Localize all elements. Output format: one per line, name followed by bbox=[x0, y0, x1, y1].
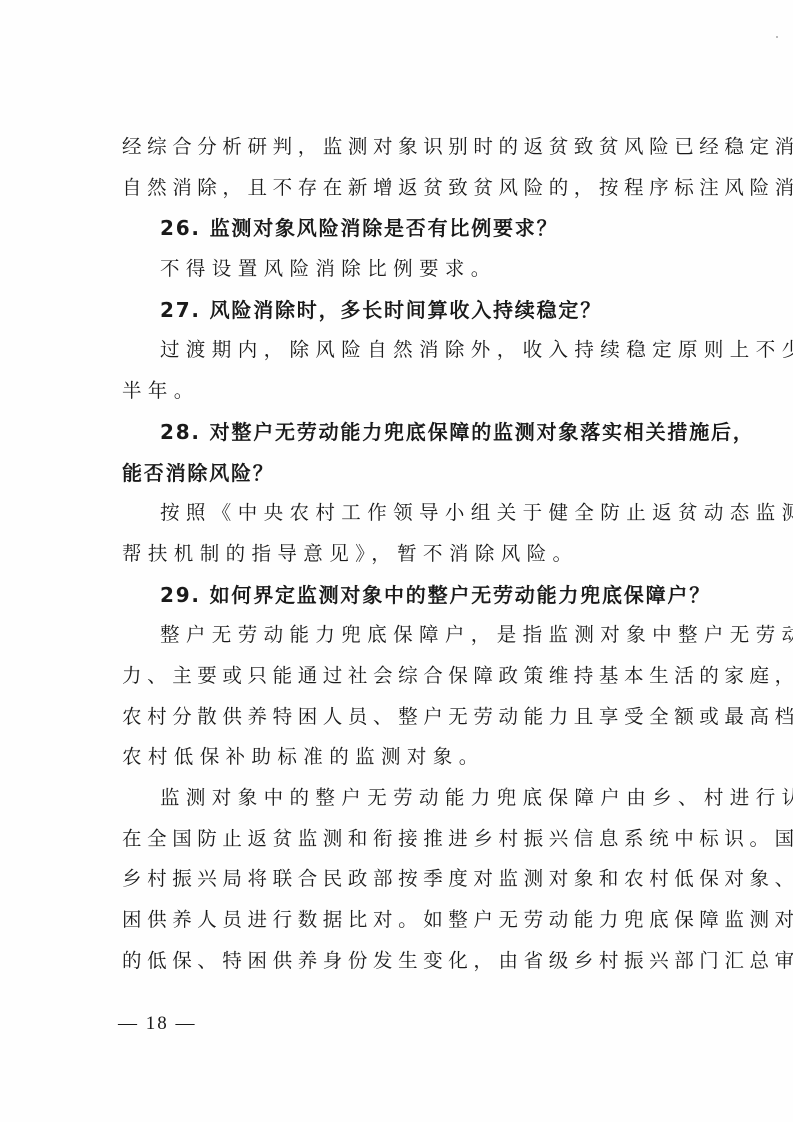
document-page: 经综合分析研判，监测对象识别时的返贫致贫风险已经稳定消除或 自然消除，且不存在新… bbox=[0, 0, 793, 1122]
paragraph-line: 经综合分析研判，监测对象识别时的返贫致贫风险已经稳定消除或 bbox=[122, 127, 706, 168]
page-number: — 18 — bbox=[118, 1013, 197, 1035]
answer-line: 整户无劳动能力兜底保障户，是指监测对象中整户无劳动能 bbox=[122, 615, 706, 656]
answer-line: 监测对象中的整户无劳动能力兜底保障户由乡、村进行认定， bbox=[122, 778, 706, 819]
question-heading-27: 27. 风险消除时，多长时间算收入持续稳定？ bbox=[122, 290, 706, 331]
question-heading-26: 26. 监测对象风险消除是否有比例要求？ bbox=[122, 208, 706, 249]
page-body: 经综合分析研判，监测对象识别时的返贫致贫风险已经稳定消除或 自然消除，且不存在新… bbox=[122, 127, 706, 981]
answer-line: 乡村振兴局将联合民政部按季度对监测对象和农村低保对象、特 bbox=[122, 859, 706, 900]
answer-line: 农村低保补助标准的监测对象。 bbox=[122, 737, 706, 778]
answer-line: 不得设置风险消除比例要求。 bbox=[122, 249, 706, 290]
answer-line: 力、主要或只能通过社会综合保障政策维持基本生活的家庭，包括 bbox=[122, 656, 706, 697]
paragraph-line: 自然消除，且不存在新增返贫致贫风险的，按程序标注风险消除。 bbox=[122, 168, 706, 209]
answer-line: 困供养人员进行数据比对。如整户无劳动能力兜底保障监测对象 bbox=[122, 900, 706, 941]
answer-line: 农村分散供养特困人员、整户无劳动能力且享受全额或最高档次 bbox=[122, 697, 706, 738]
question-heading-28-cont: 能否消除风险？ bbox=[122, 453, 706, 494]
answer-line: 在全国防止返贫监测和衔接推进乡村振兴信息系统中标识。国家 bbox=[122, 819, 706, 860]
answer-line: 半年。 bbox=[122, 371, 706, 412]
answer-line: 过渡期内，除风险自然消除外，收入持续稳定原则上不少于 bbox=[122, 330, 706, 371]
answer-line: 的低保、特困供养身份发生变化，由省级乡村振兴部门汇总审核后 bbox=[122, 941, 706, 982]
scan-artifact bbox=[776, 36, 778, 38]
question-heading-29: 29. 如何界定监测对象中的整户无劳动能力兜底保障户？ bbox=[122, 575, 706, 616]
question-heading-28: 28. 对整户无劳动能力兜底保障的监测对象落实相关措施后， bbox=[122, 412, 706, 453]
answer-line: 帮扶机制的指导意见》，暂不消除风险。 bbox=[122, 534, 706, 575]
answer-line: 按照《中央农村工作领导小组关于健全防止返贫动态监测和 bbox=[122, 493, 706, 534]
